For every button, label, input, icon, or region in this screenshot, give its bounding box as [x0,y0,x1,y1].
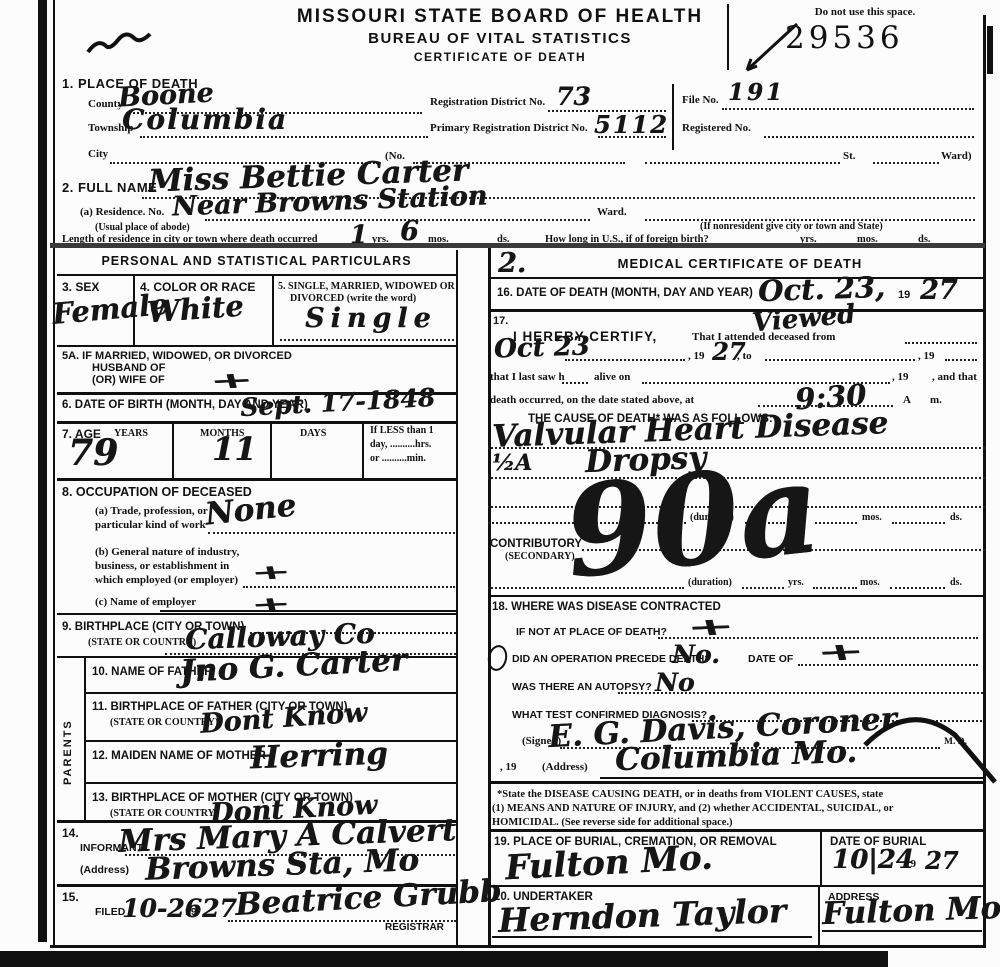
street-line [645,161,840,164]
rule [270,424,272,478]
rule [488,829,985,832]
occupation-c-label: (c) Name of employer [95,596,196,608]
operation-value: No. [672,640,720,669]
scan-edge-left-bar [38,0,47,942]
file-no-label: File No. [682,94,719,106]
undertaker-address-line [822,930,982,932]
rule [84,656,86,820]
rule [160,610,456,612]
certify-line-3 [765,358,915,361]
not-at-place-label: IF NOT AT PLACE OF DEATH? [516,626,667,638]
registered-no-line [764,135,974,138]
file-box-divider [672,84,674,150]
sex-label: 3. SEX [62,280,99,294]
file-code-scrawl: 90a [558,435,827,607]
signature-address-label: (Address) [542,761,588,773]
ward-label: Ward) [941,150,972,162]
wife-of-label: (OR) WIFE OF [92,374,165,386]
street-label: St. [843,150,856,162]
rule [488,781,985,784]
residence-label: (a) Residence. No. [80,206,164,218]
undertaker-address-value: Fulton Mo [821,890,1000,932]
city-label: City [88,148,108,160]
certify-number: 17. [493,315,508,327]
occupation-a-label-2: particular kind of work [95,519,206,531]
abode-note: (Usual place of abode) [95,222,190,233]
am-m-label: m. [930,394,942,406]
scan-edge-right-mark [987,26,993,74]
birthplace-sub-label: (STATE OR COUNTRY) [88,637,196,648]
operation-date-label: DATE OF [748,653,793,665]
certify-line-1 [905,341,977,344]
rule [57,274,456,276]
right-column-left-border [488,248,491,948]
autopsy-value: No [655,668,695,697]
medical-certificate-heading: MEDICAL CERTIFICATE OF DEATH [560,256,920,271]
spouse-mark: + [222,368,240,394]
duration-ds-2: ds. [950,577,962,588]
from-19-label: , 19 [688,350,705,362]
full-name-heading: 2. FULL NAME [62,180,157,195]
stray-pen-stroke [860,700,1000,790]
duration-line-1c [815,521,857,524]
where-contracted-label: 18. WHERE WAS DISEASE CONTRACTED [492,601,721,613]
duration-line-1d [892,521,945,524]
mother-birthplace-sub-label: (STATE OR COUNTRY) [110,808,218,819]
rule [488,309,985,312]
duration-ds-1: ds. [950,512,962,523]
rule [57,478,456,481]
death-certificate-scan: MISSOURI STATE BOARD OF HEALTH BUREAU OF… [0,0,1000,967]
informant-address-label: (Address) [80,864,129,876]
duration-line-2d [890,586,945,589]
footnote-line-3: HOMICIDAL. (See reverse side for additio… [492,817,733,828]
file-no-value: 191 [728,79,785,106]
registration-district-label: Registration District No. [430,96,545,108]
certify-line-2 [565,358,685,361]
if-married-label: 5A. IF MARRIED, WIDOWED, OR DIVORCED [62,350,292,362]
occupation-b-label-3: which employed (or employer) [95,574,238,586]
footnote-line-2: (1) MEANS AND NATURE OF INJURY, and (2) … [492,803,893,814]
age-years-value: 79 [68,432,118,474]
registrar-label: REGISTRAR [385,922,444,933]
occupation-b-label-1: (b) General nature of industry, [95,546,239,558]
secondary-label: (SECONDARY) [505,551,575,562]
certify-line-5 [562,381,588,384]
filed-label: FILED [95,906,125,918]
rule [488,277,985,279]
primary-registration-label: Primary Registration District No. [430,122,588,134]
occupation-a-label-1: (a) Trade, profession, or [95,505,208,517]
do-not-use-label: Do not use this space. [745,6,985,18]
burial-19-label: 19 [905,858,916,870]
duration-mos-1: mos. [862,512,882,523]
bureau-title: BUREAU OF VITAL STATISTICS [270,30,730,47]
death-occurred-label: death occurred, on the date stated above… [490,394,694,406]
less-than-note-2: day, ..........hrs. [370,439,431,450]
date-of-birth-value: Sept. 17-1848 [239,383,435,422]
ward-line [873,161,939,164]
certify-line-4 [945,358,977,361]
mother-name-label: 12. MAIDEN NAME OF MOTHER [92,750,266,762]
days-label: DAYS [300,428,326,439]
rule [84,692,457,694]
filed-19-label: 19 [185,906,197,918]
form-border-right [983,15,986,948]
rule [488,885,985,887]
rule [362,424,364,478]
age-months-value: 11 [212,430,257,468]
date-of-burial-value: 10|24 [832,845,914,875]
duration-line-2c [813,586,857,589]
to-label: , to [737,350,752,362]
board-title: MISSOURI STATE BOARD OF HEALTH [270,6,730,28]
nonresident-note: (If nonresident give city or town and St… [700,221,883,232]
years-label: YEARS [114,428,148,439]
informant-number: 14. [62,826,79,840]
rule [57,613,456,615]
undertaker-line [492,936,812,938]
to-19-label: , 19 [918,350,935,362]
occupation-b-line [243,585,455,588]
signature-address-value: Columbia Mo. [614,734,857,778]
cause-code-value: ½A [492,450,532,476]
date-of-death-label: 16. DATE OF DEATH (MONTH, DAY AND YEAR) [497,287,753,299]
color-race-value: White [146,289,245,330]
township-value: Columbia [122,103,288,136]
husband-of-label: HUSBAND OF [92,362,165,374]
form-border-bottom [50,945,985,948]
burial-year-value: 27 [925,846,958,875]
header-divider [727,4,729,70]
marital-label-line1: 5. SINGLE, MARRIED, WIDOWED OR [278,281,455,292]
less-than-note-3: or ..........min. [370,453,426,464]
marital-value: Single [305,303,437,334]
rule [488,595,985,597]
registration-district-value: 73 [556,82,591,111]
personal-particulars-heading: PERSONAL AND STATISTICAL PARTICULARS [57,254,456,268]
file-no-line [722,107,974,110]
saw-19-label: , 19 [892,371,909,383]
form-border-left [53,0,55,946]
registered-no-label: Registered No. [682,122,751,134]
signature-19-label: , 19 [500,761,517,773]
am-a-label: A [903,394,911,406]
scan-edge-bottom-bar [0,951,888,967]
residence-line [205,218,590,221]
rule [272,274,274,345]
rule [172,424,174,478]
operation-date-mark: + [830,637,850,666]
handwritten-check-arrow [735,18,805,80]
residence-ward-label: Ward. [597,206,627,218]
footnote-line-1: *State the DISEASE CAUSING DEATH, or in … [497,789,883,800]
primary-registration-value: 5112 [594,110,669,139]
dod-year-value: 27 [920,275,958,306]
parents-vertical-label: PARENTS [62,719,74,785]
and-that-label: , and that [932,371,977,383]
rule [57,421,456,424]
undertaker-box-divider [818,885,820,946]
occupation-b-mark: + [262,560,279,584]
alive-on-label: alive on [594,371,630,383]
duration-mos-2: mos. [860,577,880,588]
less-than-note-1: If LESS than 1 [370,425,434,436]
marital-line [280,338,454,341]
occupation-a-line [208,531,455,534]
dod-19-label: 19 [898,289,910,301]
not-at-place-mark: + [700,612,720,641]
burial-box-divider [820,829,822,885]
mother-name-value: Herring [249,736,388,777]
rule [57,345,456,347]
occupation-b-label-2: business, or establishment in [95,560,229,572]
last-saw-label: that I last saw h [490,371,565,383]
filed-number: 15. [62,890,79,904]
rule [84,782,457,784]
stray-scribble [80,14,210,59]
certificate-title: CERTIFICATE OF DEATH [270,50,730,64]
medical-section-mark: 2. [498,248,526,279]
